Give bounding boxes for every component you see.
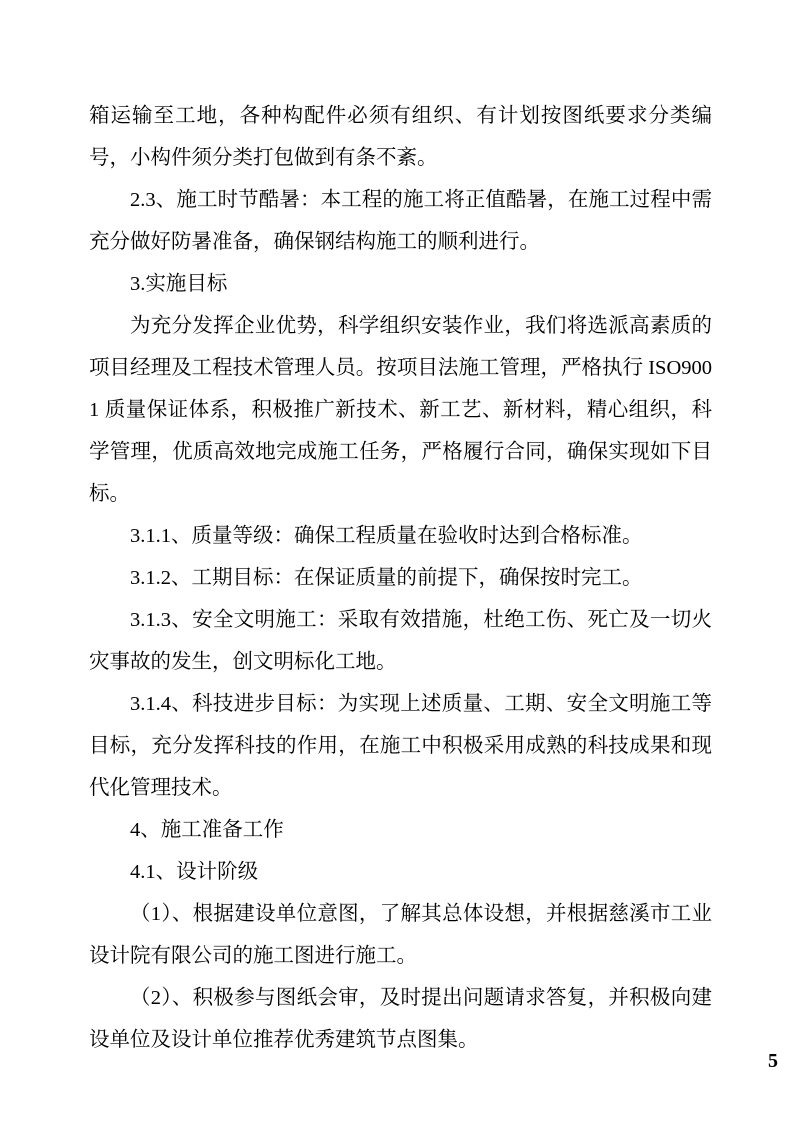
- document-page: 箱运输至工地，各种构配件必须有组织、有计划按图纸要求分类编号，小构件须分类打包做…: [0, 0, 793, 1122]
- item-3-1-3: 3.1.3、安全文明施工：采取有效措施，杜绝工伤、死亡及一切火灾事故的发生，创文…: [89, 599, 712, 683]
- section-heading-3: 3.实施目标: [89, 263, 712, 305]
- item-4-1-2: （2）、积极参与图纸会审，及时提出问题请求答复，并积极向建设单位及设计单位推荐优…: [89, 977, 712, 1061]
- document-body: 箱运输至工地，各种构配件必须有组织、有计划按图纸要求分类编号，小构件须分类打包做…: [89, 95, 712, 1061]
- page-number: 5: [768, 1049, 778, 1073]
- paragraph-3-intro: 为充分发挥企业优势，科学组织安装作业，我们将选派高素质的项目经理及工程技术管理人…: [89, 305, 712, 515]
- item-4-1-1: （1）、根据建设单位意图，了解其总体设想，并根据慈溪市工业设计院有限公司的施工图…: [89, 893, 712, 977]
- item-3-1-1: 3.1.1、质量等级：确保工程质量在验收时达到合格标准。: [89, 515, 712, 557]
- paragraph-2-3: 2.3、施工时节酷暑：本工程的施工将正值酷暑，在施工过程中需充分做好防暑准备，确…: [89, 179, 712, 263]
- paragraph-continuation: 箱运输至工地，各种构配件必须有组织、有计划按图纸要求分类编号，小构件须分类打包做…: [89, 95, 712, 179]
- item-3-1-2: 3.1.2、工期目标：在保证质量的前提下，确保按时完工。: [89, 557, 712, 599]
- section-heading-4-1: 4.1、设计阶级: [89, 851, 712, 893]
- section-heading-4: 4、施工准备工作: [89, 809, 712, 851]
- item-3-1-4: 3.1.4、科技进步目标：为实现上述质量、工期、安全文明施工等目标，充分发挥科技…: [89, 683, 712, 809]
